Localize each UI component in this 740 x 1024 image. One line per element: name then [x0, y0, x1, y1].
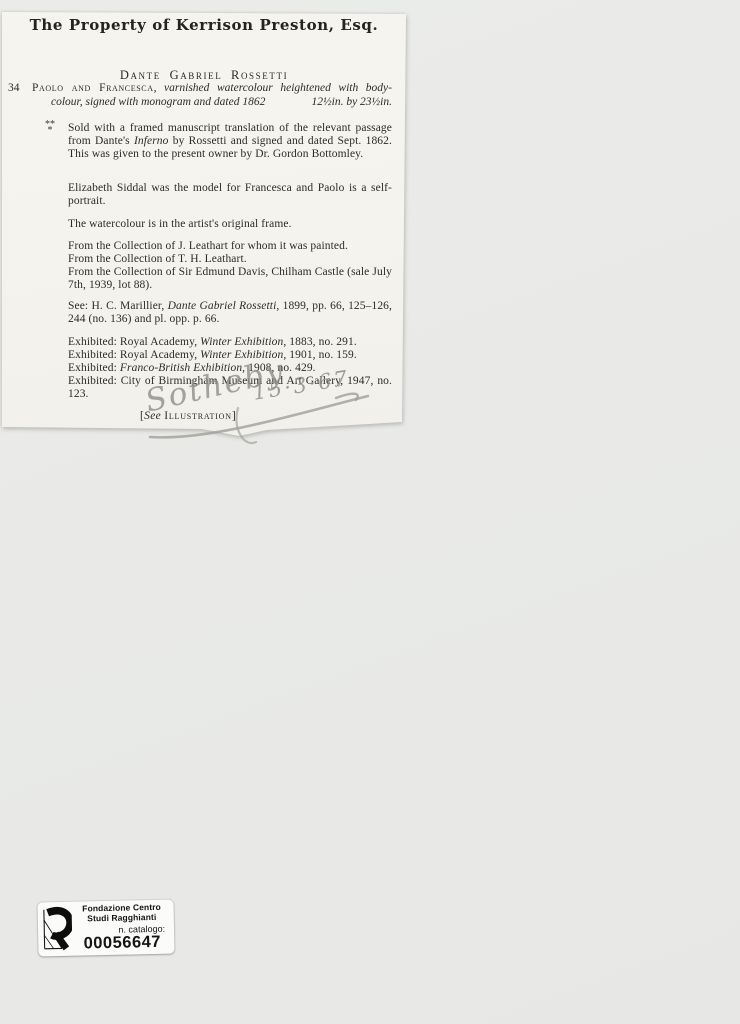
frame-paragraph: The watercolour is in the artist's origi… — [68, 218, 392, 231]
see-italic: Dante Gabriel Rossetti — [168, 300, 277, 312]
exhibited-line: Exhibited: Royal Academy, Winter Exhibit… — [68, 336, 392, 349]
bracket-close: ] — [232, 410, 236, 422]
see-text: See: H. C. Marillier, — [68, 300, 168, 312]
model-paragraph: Elizabeth Siddal was the model for Franc… — [68, 182, 392, 208]
exhibited-text: Exhibited: Royal Academy, — [68, 336, 200, 348]
exhibited-text: Exhibited: Royal Academy, — [68, 349, 200, 361]
exhibited-text-end: , 1901, no. 159. — [283, 349, 356, 361]
exhibited-text-end: , 1883, no. 291. — [283, 336, 356, 348]
literature-reference: See: H. C. Marillier, Dante Gabriel Ross… — [68, 300, 392, 326]
ragghianti-r-icon — [42, 905, 73, 954]
lot-title: Paolo and Francesca — [32, 82, 154, 94]
lot-title-line: Paolo and Francesca, varnished watercolo… — [32, 82, 392, 96]
note-italic: Inferno — [134, 135, 169, 147]
lot-number: 34 — [8, 82, 20, 96]
provenance-line: From the Collection of Sir Edmund Davis,… — [68, 266, 392, 292]
provenance-line: From the Collection of J. Leathart for w… — [68, 240, 392, 253]
lot-description: Paolo and Francesca, varnished watercolo… — [32, 82, 392, 109]
sale-note-paragraph: Sold with a framed manuscript translatio… — [68, 122, 392, 162]
lot-entry: 34 Paolo and Francesca, varnished waterc… — [8, 82, 392, 109]
artist-heading: Dante Gabriel Rossetti — [2, 68, 406, 83]
exhibited-text: Exhibited: — [68, 362, 120, 374]
exhibited-italic: Winter Exhibition — [200, 336, 283, 348]
lot-medium-line2: colour, signed with monogram and dated 1… — [32, 96, 392, 110]
sticker-text-block: Fondazione Centro Studi Ragghianti n. ca… — [75, 903, 170, 953]
library-inventory-sticker: Fondazione Centro Studi Ragghianti n. ca… — [37, 900, 174, 957]
sticker-catalog-number: 00056647 — [83, 934, 161, 953]
lot-medium-continued: colour, signed with monogram and dated 1… — [51, 96, 265, 108]
property-header: The Property of Kerrison Preston, Esq. — [2, 16, 406, 34]
lot-dimensions: 12½in. by 23½in. — [312, 96, 393, 110]
provenance-line: From the Collection of T. H. Leathart. — [68, 253, 392, 266]
asterisk-mark-icon: ** * — [42, 122, 58, 133]
exhibited-line: Exhibited: Royal Academy, Winter Exhibit… — [68, 349, 392, 362]
lot-medium: , varnished watercolour heightened with … — [154, 82, 392, 94]
sticker-org-line2: Studi Ragghianti — [87, 912, 156, 923]
scanned-album-page: The Property of Kerrison Preston, Esq. D… — [0, 0, 740, 1024]
